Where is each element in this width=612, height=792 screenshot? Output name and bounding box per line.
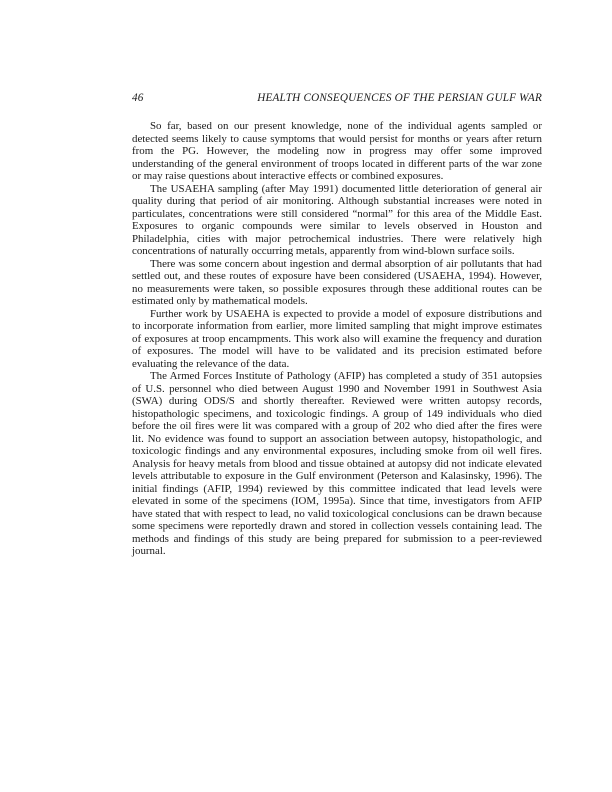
paragraph-4: Further work by USAEHA is expected to pr… <box>132 308 542 371</box>
paragraph-2: The USAEHA sampling (after May 1991) doc… <box>132 183 542 258</box>
paragraph-1: So far, based on our present knowledge, … <box>132 120 542 183</box>
page-number: 46 <box>132 92 144 104</box>
running-header: 46 HEALTH CONSEQUENCES OF THE PERSIAN GU… <box>132 92 542 108</box>
running-title: HEALTH CONSEQUENCES OF THE PERSIAN GULF … <box>257 92 542 104</box>
paragraph-3: There was some concern about ingestion a… <box>132 258 542 308</box>
document-page: 46 HEALTH CONSEQUENCES OF THE PERSIAN GU… <box>0 0 612 792</box>
body-text: So far, based on our present knowledge, … <box>132 120 542 558</box>
paragraph-5: The Armed Forces Institute of Pathology … <box>132 370 542 558</box>
